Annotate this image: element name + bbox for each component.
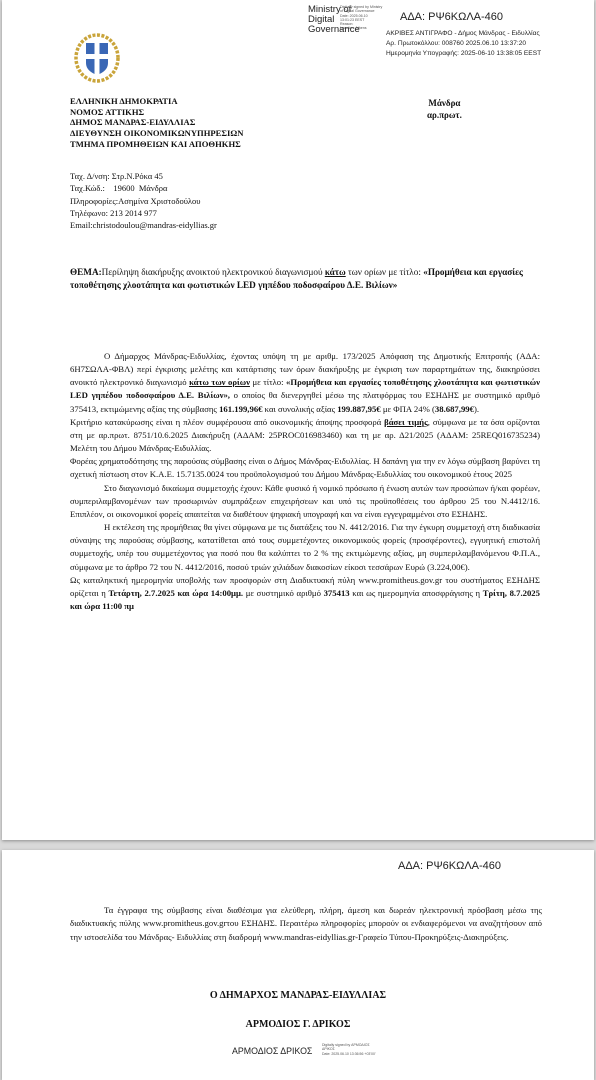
text: και συνολικής αξίας xyxy=(263,404,338,414)
protocol-number: Αρ. Πρωτοκόλλου: 008760 2025.06.10 13:37… xyxy=(386,39,541,49)
document-page-1: Ministry of Digital Governance Digitally… xyxy=(2,0,594,840)
text: με τίτλο: xyxy=(250,377,286,387)
subject: ΘΕΜΑ:Περίληψη διακήρυξης ανοικτού ηλεκτρ… xyxy=(70,266,540,292)
signer-name: ΑΡΜΟΔΙΟΣ Γ. ΔΡΙΚΟΣ xyxy=(2,1019,594,1030)
signature-date: Ημερομηνία Υπογραφής: 2025-06-10 13:38:0… xyxy=(386,49,541,59)
org-line: ΕΛΛΗΝΙΚΗ ΔΗΜΟΚΡΑΤΙΑ xyxy=(70,96,243,107)
emphasis: κάτω των ορίων xyxy=(189,377,250,387)
org-line: ΔΗΜΟΣ ΜΑΝΔΡΑΣ-ΕΙΔΥΛΛΙΑΣ xyxy=(70,117,243,128)
org-line: ΤΜΗΜΑ ΠΡΟΜΗΘΕΙΩΝ ΚΑΙ ΑΠΟΘΗΚΗΣ xyxy=(70,139,243,150)
ada-code: ΑΔΑ: ΡΨ6ΚΩΛΑ-460 xyxy=(400,11,503,23)
signer-title: Ο ΔΗΜΑΡΧΟΣ ΜΑΝΔΡΑΣ-ΕΙΔΥΛΛΙΑΣ xyxy=(2,990,594,1001)
phone: Τηλέφωνο: 213 2014 977 xyxy=(70,207,217,219)
estimated-value: 161.199,96€ xyxy=(219,404,262,414)
address: Ταχ. Δ/νση: Στρ.Ν.Ρόκα 45 xyxy=(70,170,217,182)
total-value: 199.887,95€ xyxy=(337,404,380,414)
org-line: ΝΟΜΟΣ ΑΤΤΙΚΗΣ xyxy=(70,107,243,118)
copy-info-line: ΑΚΡΙΒΕΣ ΑΝΤΙΓΡΑΦΟ - Δήμος Μάνδρας - Ειδυ… xyxy=(386,29,541,39)
org-line: ΔΙΕΥΘΥΝΣΗ ΟΙΚΟΝΟΜΙΚΩΝΥΠΗΡΕΣΙΩΝ xyxy=(70,128,243,139)
paragraph: Τα έγγραφα της σύμβασης είναι διαθέσιμα … xyxy=(70,904,542,944)
text: με συστημικό αριθμό xyxy=(243,588,324,598)
organization-header: ΕΛΛΗΝΙΚΗ ΔΗΜΟΚΡΑΤΙΑ ΝΟΜΟΣ ΑΤΤΙΚΗΣ ΔΗΜΟΣ … xyxy=(70,96,243,150)
paragraph-award-criterion: Κριτήριο κατακύρωσης είναι η πλέον συμφέ… xyxy=(70,416,540,455)
system-number: 375413 xyxy=(324,588,350,598)
sig-line: Date: 2025.06.10 13:36:56 +03'00' xyxy=(322,1052,382,1056)
email[interactable]: Email:christodoulou@mandras-eidyllias.gr xyxy=(70,219,217,231)
text: με ΦΠΑ 24% ( xyxy=(381,404,435,414)
subject-emphasis: κάτω xyxy=(325,267,346,277)
paragraph-funding: Φορέας χρηματοδότησης της παρούσας σύμβα… xyxy=(70,455,540,481)
document-body: Ο Δήμαρχος Μάνδρας-Ειδυλλίας, έχοντας υπ… xyxy=(70,350,540,613)
digital-signer-name: ΑΡΜΟΔΙΟΣ ΔΡΙΚΟΣ xyxy=(232,1046,312,1056)
greek-coat-of-arms-icon xyxy=(74,33,120,83)
text: και ως ημερομηνία αποσφράγισης η xyxy=(350,588,483,598)
subject-text: των ορίων με τίτλο: xyxy=(346,267,423,277)
vat-value: 38.687,99€ xyxy=(435,404,474,414)
info-contact: Πληροφορίες:Ασημίνα Χριστοδούλου xyxy=(70,195,217,207)
ada-code: ΑΔΑ: ΡΨ6ΚΩΛΑ-460 xyxy=(398,860,501,872)
place-protocol: Μάνδρα αρ.πρωτ. xyxy=(427,97,462,121)
paragraph-eligibility: Στο διαγωνισμό δικαίωμα συμμετοχής έχουν… xyxy=(70,482,540,521)
place-city: Μάνδρα xyxy=(427,97,462,109)
subject-label: ΘΕΜΑ: xyxy=(70,267,102,277)
text: Κριτήριο κατακύρωσης είναι η πλέον συμφέ… xyxy=(70,417,384,427)
paragraph-announcement: Ο Δήμαρχος Μάνδρας-Ειδυλλίας, έχοντας υπ… xyxy=(70,350,540,416)
certified-copy-info: ΑΚΡΙΒΕΣ ΑΝΤΙΓΡΑΦΟ - Δήμος Μάνδρας - Ειδυ… xyxy=(386,29,541,59)
protocol-label: αρ.πρωτ. xyxy=(427,109,462,121)
paragraph-deadline: Ως καταληκτική ημερομηνία υποβολής των π… xyxy=(70,574,540,613)
subject-text: Περίληψη διακήρυξης ανοικτού ηλεκτρονικο… xyxy=(102,267,325,277)
digital-signature-details: Digitally signed by ΑΡΜΟΔΙΟΣ ΔΡΙΚΟΣ Date… xyxy=(322,1043,382,1056)
text: ). xyxy=(474,404,479,414)
paragraph-guarantee: Η εκτέλεση της προμήθειας θα γίνει σύμφω… xyxy=(70,521,540,574)
emphasis: βάσει τιμής xyxy=(384,417,428,427)
ministry-digital-signature: Digitally signed by Ministry of Digital … xyxy=(340,5,400,31)
documents-availability-paragraph: Τα έγγραφα της σύμβασης είναι διαθέσιμα … xyxy=(70,904,542,944)
document-page-2: ΑΔΑ: ΡΨ6ΚΩΛΑ-460 Τα έγγραφα της σύμβασης… xyxy=(2,850,594,1080)
deadline: Τετάρτη, 2.7.2025 και ώρα 14:00μμ. xyxy=(108,588,243,598)
contact-details: Ταχ. Δ/νση: Στρ.Ν.Ρόκα 45 Ταχ.Κώδ.: 1960… xyxy=(70,170,217,231)
postal-code: Ταχ.Κώδ.: 19600 Μάνδρα xyxy=(70,182,217,194)
